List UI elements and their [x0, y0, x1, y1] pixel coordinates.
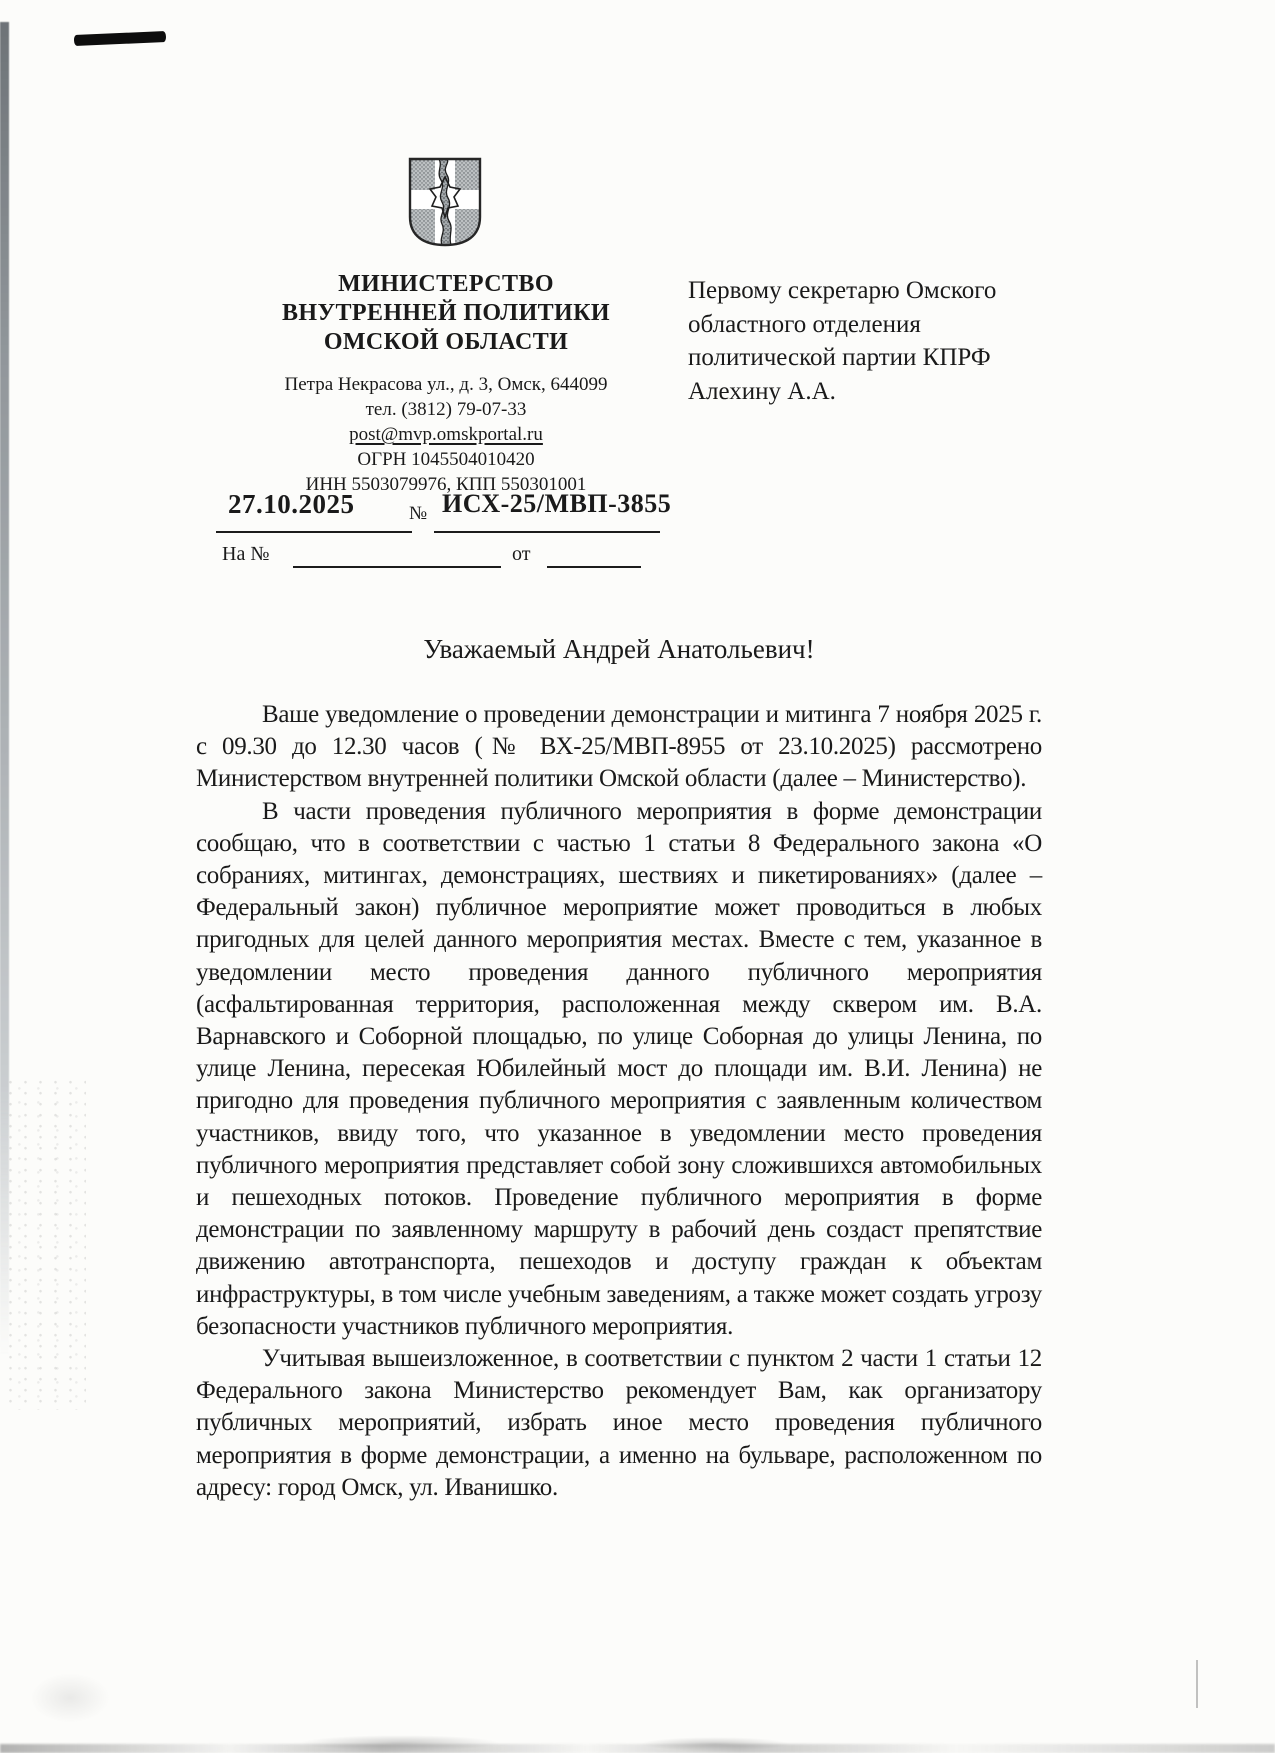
document-scan: МИНИСТЕРСТВО ВНУТРЕННЕЙ ПОЛИТИКИ ОМСКОЙ …	[0, 0, 1275, 1753]
scan-bottom-smudge	[0, 1744, 1275, 1753]
scan-smudge-blob	[300, 1735, 500, 1751]
scan-speckle-noise	[6, 1080, 86, 1410]
coat-of-arms-icon	[407, 156, 483, 248]
number-sign-label: №	[409, 503, 427, 525]
ministry-ogrn: ОГРН 1045504010420	[196, 447, 696, 472]
body-paragraph: В части проведения публичного мероприяти…	[196, 796, 1042, 1343]
scan-ink-mark	[74, 31, 166, 46]
letterhead: МИНИСТЕРСТВО ВНУТРЕННЕЙ ПОЛИТИКИ ОМСКОЙ …	[196, 270, 696, 497]
incoming-ref-from-blank	[547, 544, 641, 568]
recipient-block: Первому секретарю Омского областного отд…	[688, 274, 1028, 408]
number-underline	[434, 531, 660, 533]
ministry-email: post@mvp.omskportal.ru	[196, 422, 696, 447]
recipient-line: Алехину А.А.	[688, 375, 1028, 409]
date-underline	[216, 531, 412, 533]
scan-smudge-blob	[30, 1673, 110, 1723]
salutation: Уважаемый Андрей Анатольевич!	[196, 634, 1042, 665]
incoming-ref-label: На №	[222, 543, 269, 566]
recipient-line: Первому секретарю Омского	[688, 274, 1028, 308]
letter-body: Ваше уведомление о проведении демонстрац…	[196, 699, 1042, 1504]
outgoing-number-stamp: ИСХ-25/МВП-3855	[442, 489, 671, 519]
ministry-name-line2: ВНУТРЕННЕЙ ПОЛИТИКИ	[196, 299, 696, 328]
outgoing-date-stamp: 27.10.2025	[228, 489, 355, 520]
ministry-name-line3: ОМСКОЙ ОБЛАСТИ	[196, 328, 696, 357]
ministry-phone: тел. (3812) 79-07-33	[196, 397, 696, 422]
body-paragraph: Ваше уведомление о проведении демонстрац…	[196, 699, 1042, 796]
ministry-name-line1: МИНИСТЕРСТВО	[196, 270, 696, 299]
scan-smudge-blob	[640, 1737, 790, 1751]
scan-edge-tick	[1196, 1660, 1198, 1708]
body-paragraph: Учитывая вышеизложенное, в соответствии …	[196, 1343, 1042, 1504]
recipient-line: областного отделения	[688, 308, 1028, 342]
incoming-ref-from-label: от	[512, 543, 530, 566]
incoming-ref-blank	[293, 544, 501, 568]
recipient-line: политической партии КПРФ	[688, 341, 1028, 375]
ministry-address: Петра Некрасова ул., д. 3, Омск, 644099	[196, 372, 696, 397]
